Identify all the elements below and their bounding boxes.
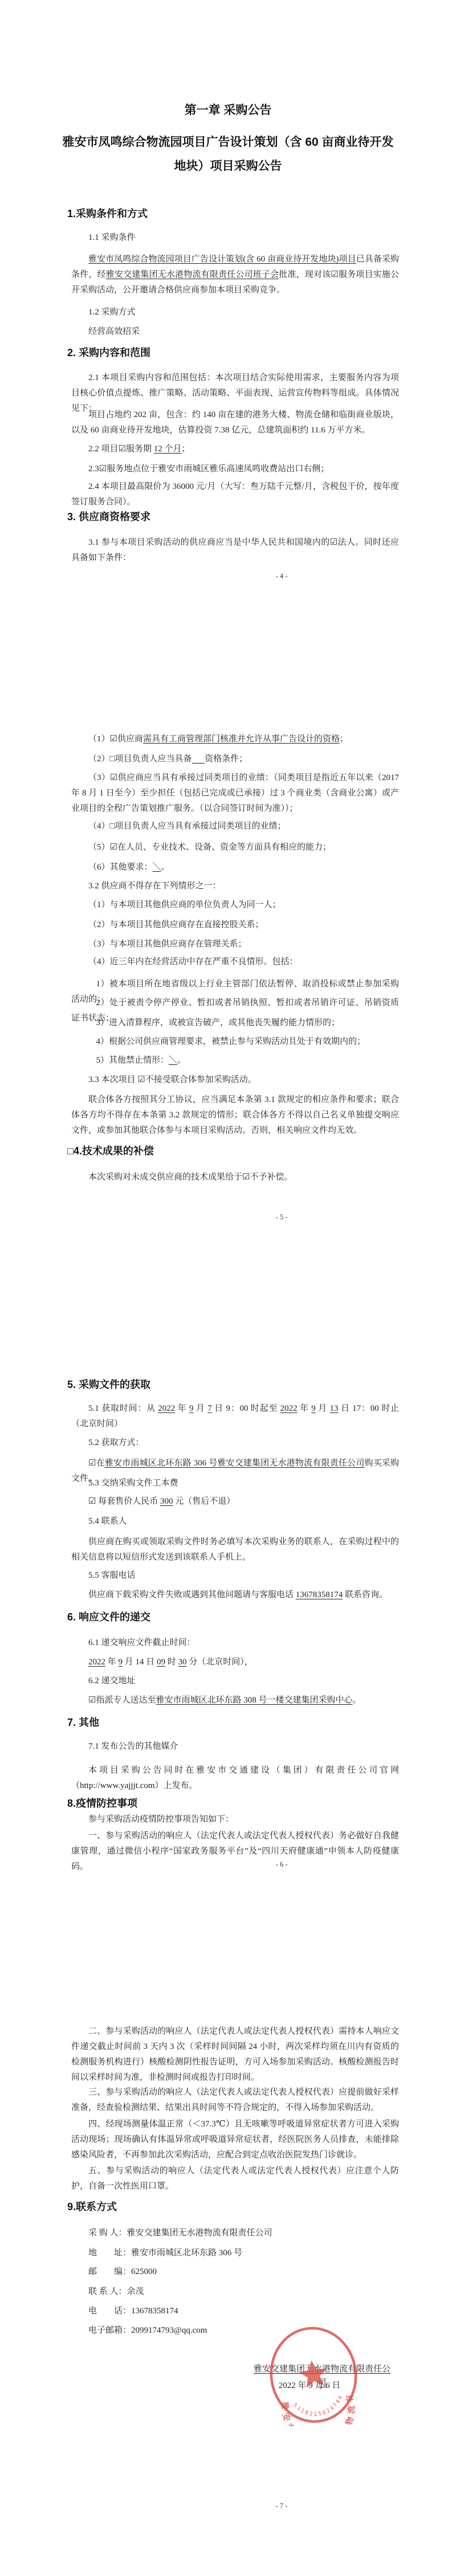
seal-star-icon — [298, 2358, 329, 2389]
underlined-text: 13 — [330, 1404, 339, 1413]
underlined-text: 9 — [311, 1404, 316, 1413]
text-run: 第一章 采购公告 — [185, 104, 272, 117]
section-heading: 5. 采购文件的获取 — [67, 1376, 415, 1393]
text-run: 联 系 人：余茂 — [88, 2287, 144, 2296]
paragraph: 6.2 递交地址 — [71, 1673, 399, 1689]
text-run: 月 14 日 — [123, 1658, 157, 1667]
contact-line: 联 系 人：余茂 — [71, 2284, 399, 2300]
text-run: 5.1 获取时间：从 — [88, 1404, 158, 1413]
paragraph: 本项目采购公告同时在雅安市交通建设（集团）有限责任公司官网（http://www… — [71, 1763, 399, 1794]
paragraph: （2）□项目负责人应当具备 资格条件； — [71, 752, 399, 767]
paragraph: （4）□项目负责人应当具有承接过同类项目的业绩； — [71, 819, 399, 834]
text-run: 四、经现场测量体温正常（＜37.3℃）且无咳嗽等呼吸道异常症状者方可进入采购活动… — [71, 2120, 399, 2159]
section-heading: 9.联系方式 — [67, 2198, 415, 2215]
paragraph: 四、经现场测量体温正常（＜37.3℃）且无咳嗽等呼吸道异常症状者方可进入采购活动… — [71, 2117, 399, 2163]
paragraph: 供应商在购买或领取采购文件时务必填写本次采购业务的联系人，在采购过程中的相关信息… — [71, 1534, 399, 1565]
text-run: 1.采购条件和方式 — [67, 208, 148, 219]
text-run: 5.4 联系人 — [88, 1517, 127, 1526]
text-run: 三、参与采购活动的响应人（法定代表人或法定代表人授权代表）应提前做好采样准备，经… — [71, 2088, 399, 2112]
chapter-heading: 第一章 采购公告 — [0, 101, 456, 120]
paragraph: 5.4 联系人 — [71, 1514, 399, 1529]
text-run: 参与采购活动疫情防控事项告知如下： — [88, 1815, 234, 1824]
text-run: 时 — [165, 1658, 178, 1667]
paragraph: ☑指派专人送达至雅安市雨城区北环东路 308 号一楼交建集团采购中心。 — [71, 1693, 399, 1708]
paragraph: （5）☑在人员、专业技术、设备、资金等方面具有相应的能力； — [71, 840, 399, 855]
text-run: 9.联系方式 — [67, 2201, 117, 2212]
text-run: 5. 采购文件的获取 — [67, 1379, 150, 1390]
text-run: ； — [181, 444, 190, 454]
text-run: 分（北京时间）， — [187, 1658, 253, 1667]
text-run: 2.4 本项目最高限价为 36000 元/月（大写：叁万陆千元整/月，含税包干价… — [71, 482, 399, 507]
text-run: （2）与本项目其他供应商存在直接控股关系； — [88, 920, 264, 929]
text-run: （3）与本项目其他供应商存在管理关系； — [88, 940, 247, 949]
underlined-text: 2022 — [88, 1658, 105, 1667]
underlined-text: 雅安市雨城区北环东路 308 号一楼交建集团采购中心 — [156, 1696, 352, 1705]
text-run: 。 — [161, 863, 170, 872]
list-item: 4）根据公司供应商管理要求，被禁止参与采购活动且处于有效期内的； — [71, 1034, 399, 1050]
paragraph: 5.1 获取时间：从 2022 年 9 月 7 日 9：00 时起至 2022 … — [71, 1401, 399, 1432]
section-heading: 2. 采购内容和范围 — [67, 344, 415, 361]
underlined-text: 7 — [207, 1404, 212, 1413]
list-item: 5）其他禁止情形：＼。 — [71, 1053, 399, 1068]
text-run: 6.1 递交响应文件截止时间： — [88, 1638, 196, 1647]
contact-line: 电 话：13678358174 — [71, 2304, 399, 2319]
text-run: 5.2 获取方式： — [88, 1438, 144, 1447]
paragraph: ☑ 每套售价人民币 300 元（售后不退） — [71, 1494, 399, 1509]
underlined-text: 雅安交建集团无水港物流有限责任公司班子会 — [106, 270, 279, 279]
text-run: - 4 - — [276, 572, 288, 580]
text-run: 资格条件； — [205, 754, 247, 764]
document-title: 雅安市凤鸣综合物流园项目广告设计策划（含 60 亩商业待开发地块）项目采购公告 — [57, 130, 399, 178]
text-run: 8.疫情防控事项 — [67, 1798, 137, 1809]
text-run: 年 — [105, 1658, 119, 1667]
paragraph: （2）与本项目其他供应商存在直接控股关系； — [71, 917, 399, 933]
text-run: （3）☑供应商应当具有承接过同类项目的业绩：（同类项目是指近五年以来（2017 … — [71, 773, 399, 813]
section-heading: 3. 供应商资格要求 — [67, 508, 415, 525]
text-run: 3.1 参与本项目采购活动的供应商应当是中华人民共和国境内的☑法人。同时还应具备… — [71, 538, 399, 562]
paragraph: 6.1 递交响应文件截止时间： — [71, 1635, 399, 1651]
text-run: 邮 编：625000 — [88, 2267, 157, 2276]
paragraph: 五、参与采购活动的响应人（法定代表人或法定代表人授权代表）应注意个人防护，自备一… — [71, 2163, 399, 2194]
paragraph: 5.2 获取方式： — [71, 1435, 399, 1451]
paragraph: （3）与本项目其他供应商存在管理关系； — [71, 937, 399, 952]
section-heading: 8.疫情防控事项 — [67, 1795, 415, 1812]
text-run: - 7 - — [276, 2502, 288, 2510]
text-run: 1.1 采购条件 — [88, 233, 136, 242]
text-run: 五、参与采购活动的响应人（法定代表人或法定代表人授权代表）应注意个人防护，自备一… — [71, 2166, 399, 2191]
text-run: 采 购 人：雅安交建集团无水港物流有限责任公司 — [88, 2228, 272, 2238]
underlined-text: 12 个月 — [154, 444, 182, 454]
paragraph: 2022 年 9 月 14 日 09 时 30 分（北京时间）， — [71, 1655, 399, 1670]
underlined-text: 2022 — [280, 1404, 298, 1413]
paragraph: 2.4 本项目最高限价为 36000 元/月（大写：叁万陆千元整/月，含税包干价… — [71, 479, 399, 510]
underlined-text: 30 — [178, 1658, 187, 1667]
underlined-text: 雅安市雨城区北环东路 306 号雅安交建集团无水港物流有限责任公司 — [105, 1459, 365, 1468]
text-run: 2.2 项目☑服务期 — [88, 444, 154, 454]
text-run: 6. 响应文件的递交 — [67, 1611, 150, 1623]
text-run: - 5 - — [276, 1213, 288, 1221]
section-heading: 7. 其他 — [67, 1714, 415, 1731]
text-run: 日 9：00 时起至 — [212, 1404, 280, 1413]
text-run: 月 — [316, 1404, 330, 1413]
contact-line: 邮 编：625000 — [71, 2264, 399, 2280]
text-run: 项目占地约 202 亩，包含：约 140 亩在建的港务大楼、物流仓储和临街商业版… — [71, 410, 399, 435]
underlined-text: 雅安市凤鸣综合物流园项目广告设计策划(含 60 亩商业待开发地块)项目 — [88, 255, 356, 264]
paragraph: （1）与本项目其他供应商的单位负责人为同一人； — [71, 897, 399, 913]
text-run: 3.3 本次项目 ☑不接受联合体参加采购活动。 — [88, 1075, 256, 1084]
paragraph: 1.1 采购条件 — [71, 230, 399, 246]
text-run: □4.技术成果的补偿 — [67, 1145, 154, 1157]
text-run: 1.2 采购方式 — [88, 308, 136, 317]
paragraph: 5.5 客服电话 — [71, 1568, 399, 1583]
section-heading: 1.采购条件和方式 — [67, 205, 415, 222]
paragraph: 3.3 本次项目 ☑不接受联合体参加采购活动。 — [71, 1072, 399, 1088]
text-run: （2）□项目负责人应当具备 — [88, 754, 192, 764]
text-run: 二、参与采购活动的响应人（法定代表人或法定代表人授权代表）需持本人响应文件递交截… — [71, 2027, 399, 2082]
text-run: 本次采购对未成交供应商的技术成果给于☑不予补偿。 — [88, 1173, 292, 1182]
underlined-text: 需具有工商管理部门核准并允许从事广告设计的资格 — [143, 734, 340, 744]
text-run: 2.3☑服务地点位于雅安市雨城区雅乐高速凤鸣收费站出口右侧； — [88, 464, 329, 473]
text-run: 电 话：13678358174 — [88, 2306, 178, 2316]
text-run: 5.3 交纳采购文件工本费 — [88, 1479, 178, 1488]
text-run: ； — [340, 734, 348, 744]
underlined-text: 2022 — [158, 1404, 175, 1413]
text-run: 地 址：雅安市雨城区北环东路 306 号 — [88, 2248, 242, 2257]
underlined-text — [192, 754, 205, 764]
text-run: 4）根据公司供应商管理要求，被禁止参与采购活动且处于有效期内的； — [96, 1037, 366, 1046]
paragraph: （3）☑供应商应当具有承接过同类项目的业绩：（同类项目是指近五年以来（2017 … — [71, 770, 399, 817]
text-run: 联系咨询。 — [343, 1590, 388, 1599]
paragraph: 供应商下载采购文件失败或遇到其他问题请与客服电话 13678358174 联系咨… — [71, 1587, 399, 1603]
page-number: - 4 - — [225, 571, 339, 581]
paragraph: 二、参与采购活动的响应人（法定代表人或法定代表人授权代表）需持本人响应文件递交截… — [71, 2024, 399, 2085]
text-run: 7. 其他 — [67, 1717, 99, 1728]
paragraph: （6）其他要求：＼。 — [71, 860, 399, 875]
text-run: （1）☑供应商 — [88, 734, 143, 744]
page-number: - 7 - — [225, 2501, 339, 2511]
paragraph: 2.3☑服务地点位于雅安市雨城区雅乐高速凤鸣收费站出口右侧； — [71, 462, 399, 477]
text-run: ☑在 — [88, 1459, 105, 1468]
text-run: 6.2 递交地址 — [88, 1676, 136, 1685]
seal-number-arc-text: 5118215024744 — [291, 2393, 347, 2421]
text-run: 元（售后不退） — [173, 1497, 235, 1506]
paragraph: 5.3 交纳采购文件工本费 — [71, 1476, 399, 1491]
text-run: 本项目采购公告同时在雅安市交通建设（集团）有限责任公司官网（http://www… — [71, 1766, 399, 1790]
text-run: - 6 - — [276, 1860, 288, 1868]
text-run: 。 — [177, 1056, 186, 1065]
list-item: 3）进入清算程序，或被宣告破产，或其他丧失履约能力情形的； — [71, 1015, 399, 1031]
text-run: （4）□项目负责人应当具有承接过同类项目的业绩； — [88, 822, 286, 831]
text-run: 月 — [193, 1404, 207, 1413]
paragraph: 7.1 发布公告的其他媒介 — [71, 1739, 399, 1754]
text-run: 3.2 供应商不得存在下列情形之一： — [88, 881, 221, 891]
text-run: 雅安市凤鸣综合物流园项目广告设计策划（含 60 亩商业待开发地块）项目采购公告 — [62, 136, 393, 173]
underlined-text: 09 — [157, 1658, 165, 1667]
underlined-text: 13678358174 — [296, 1590, 343, 1599]
text-run: ☑指派专人送达至 — [88, 1696, 156, 1705]
paragraph: 项目占地约 202 亩，包含：约 140 亩在建的港务大楼、物流仓储和临街商业版… — [71, 407, 399, 438]
contact-line: 采 购 人：雅安交建集团无水港物流有限责任公司 — [71, 2226, 399, 2241]
underlined-text: ＼ — [169, 1056, 177, 1065]
paragraph: 1.2 采购方式 — [71, 305, 399, 320]
text-run: 3）进入清算程序，或被宣告破产，或其他丧失履约能力情形的； — [96, 1018, 340, 1027]
paragraph: 参与采购活动疫情防控事项告知如下： — [71, 1812, 399, 1827]
text-run: ☑ 每套售价人民币 — [88, 1497, 160, 1506]
text-run: 年 — [298, 1404, 312, 1413]
paragraph: 雅安市凤鸣综合物流园项目广告设计策划(含 60 亩商业待开发地块)项目已具备采购… — [71, 252, 399, 298]
text-run: 供应商下载采购文件失败或遇到其他问题请与客服电话 — [88, 1590, 296, 1599]
text-run: 联合体各方按照其分工协议，应当满足本条第 3.1 款规定的相应条件和要求；联合体… — [71, 1095, 399, 1135]
section-heading: 6. 响应文件的递交 — [67, 1609, 415, 1626]
section-heading: □4.技术成果的补偿 — [67, 1142, 415, 1160]
paragraph: 3.1 参与本项目采购活动的供应商应当是中华人民共和国境内的☑法人。同时还应具备… — [71, 535, 399, 566]
text-run: 5）其他禁止情形： — [96, 1056, 169, 1065]
text-run: 3. 供应商资格要求 — [67, 511, 150, 522]
text-run: 年 — [175, 1404, 189, 1413]
text-run: （1）与本项目其他供应商的单位负责人为同一人； — [88, 900, 281, 909]
underlined-text: 300 — [160, 1497, 173, 1506]
paragraph: 经营高效招采 — [71, 324, 399, 340]
underlined-text: ＼ — [153, 863, 161, 872]
text-run: （4）近三年内在经营活动中存在严重不良情形。包括： — [88, 957, 298, 966]
text-run: （5）☑在人员、专业技术、设备、资金等方面具有相应的能力； — [88, 843, 331, 852]
paragraph: 三、参与采购活动的响应人（法定代表人或法定代表人授权代表）应提前做好采样准备，经… — [71, 2085, 399, 2116]
text-run: 供应商在购买或领取采购文件时务必填写本次采购业务的联系人，在采购过程中的相关信息… — [71, 1537, 399, 1562]
text-run: 2. 采购内容和范围 — [67, 347, 150, 358]
official-red-seal: 雅安交建集团无水港物流有限责任公司 5118215024744 — [267, 2324, 360, 2426]
paragraph: （1）☑供应商需具有工商管理部门核准并允许从事广告设计的资格； — [71, 732, 399, 747]
procurement-announcement-document: 雅安交建集团无水港物流有限责任公司 5118215024744 第一章 采购公告… — [0, 0, 456, 2576]
paragraph: （4）近三年内在经营活动中存在严重不良情形。包括： — [71, 954, 399, 970]
text-run: 。 — [352, 1696, 361, 1705]
paragraph: 联合体各方按照其分工协议，应当满足本条第 3.1 款规定的相应条件和要求；联合体… — [71, 1092, 399, 1138]
paragraph: 2.2 项目☑服务期 12 个月； — [71, 442, 399, 457]
paragraph: 本次采购对未成交供应商的技术成果给于☑不予补偿。 — [71, 1170, 399, 1185]
page-number: - 6 - — [225, 1859, 339, 1869]
text-run: 电子邮箱：2099174793@qq.com — [88, 2326, 207, 2335]
paragraph: 3.2 供应商不得存在下列情形之一： — [71, 879, 399, 894]
text-run: 经营高效招采 — [88, 327, 140, 336]
contact-line: 地 址：雅安市雨城区北环东路 306 号 — [71, 2246, 399, 2261]
underlined-text: 9 — [119, 1658, 123, 1667]
text-run: （6）其他要求： — [88, 863, 153, 872]
text-run: 7.1 发布公告的其他媒介 — [88, 1742, 178, 1751]
text-run: 5.5 客服电话 — [88, 1571, 136, 1580]
page-number: - 5 - — [225, 1212, 339, 1222]
